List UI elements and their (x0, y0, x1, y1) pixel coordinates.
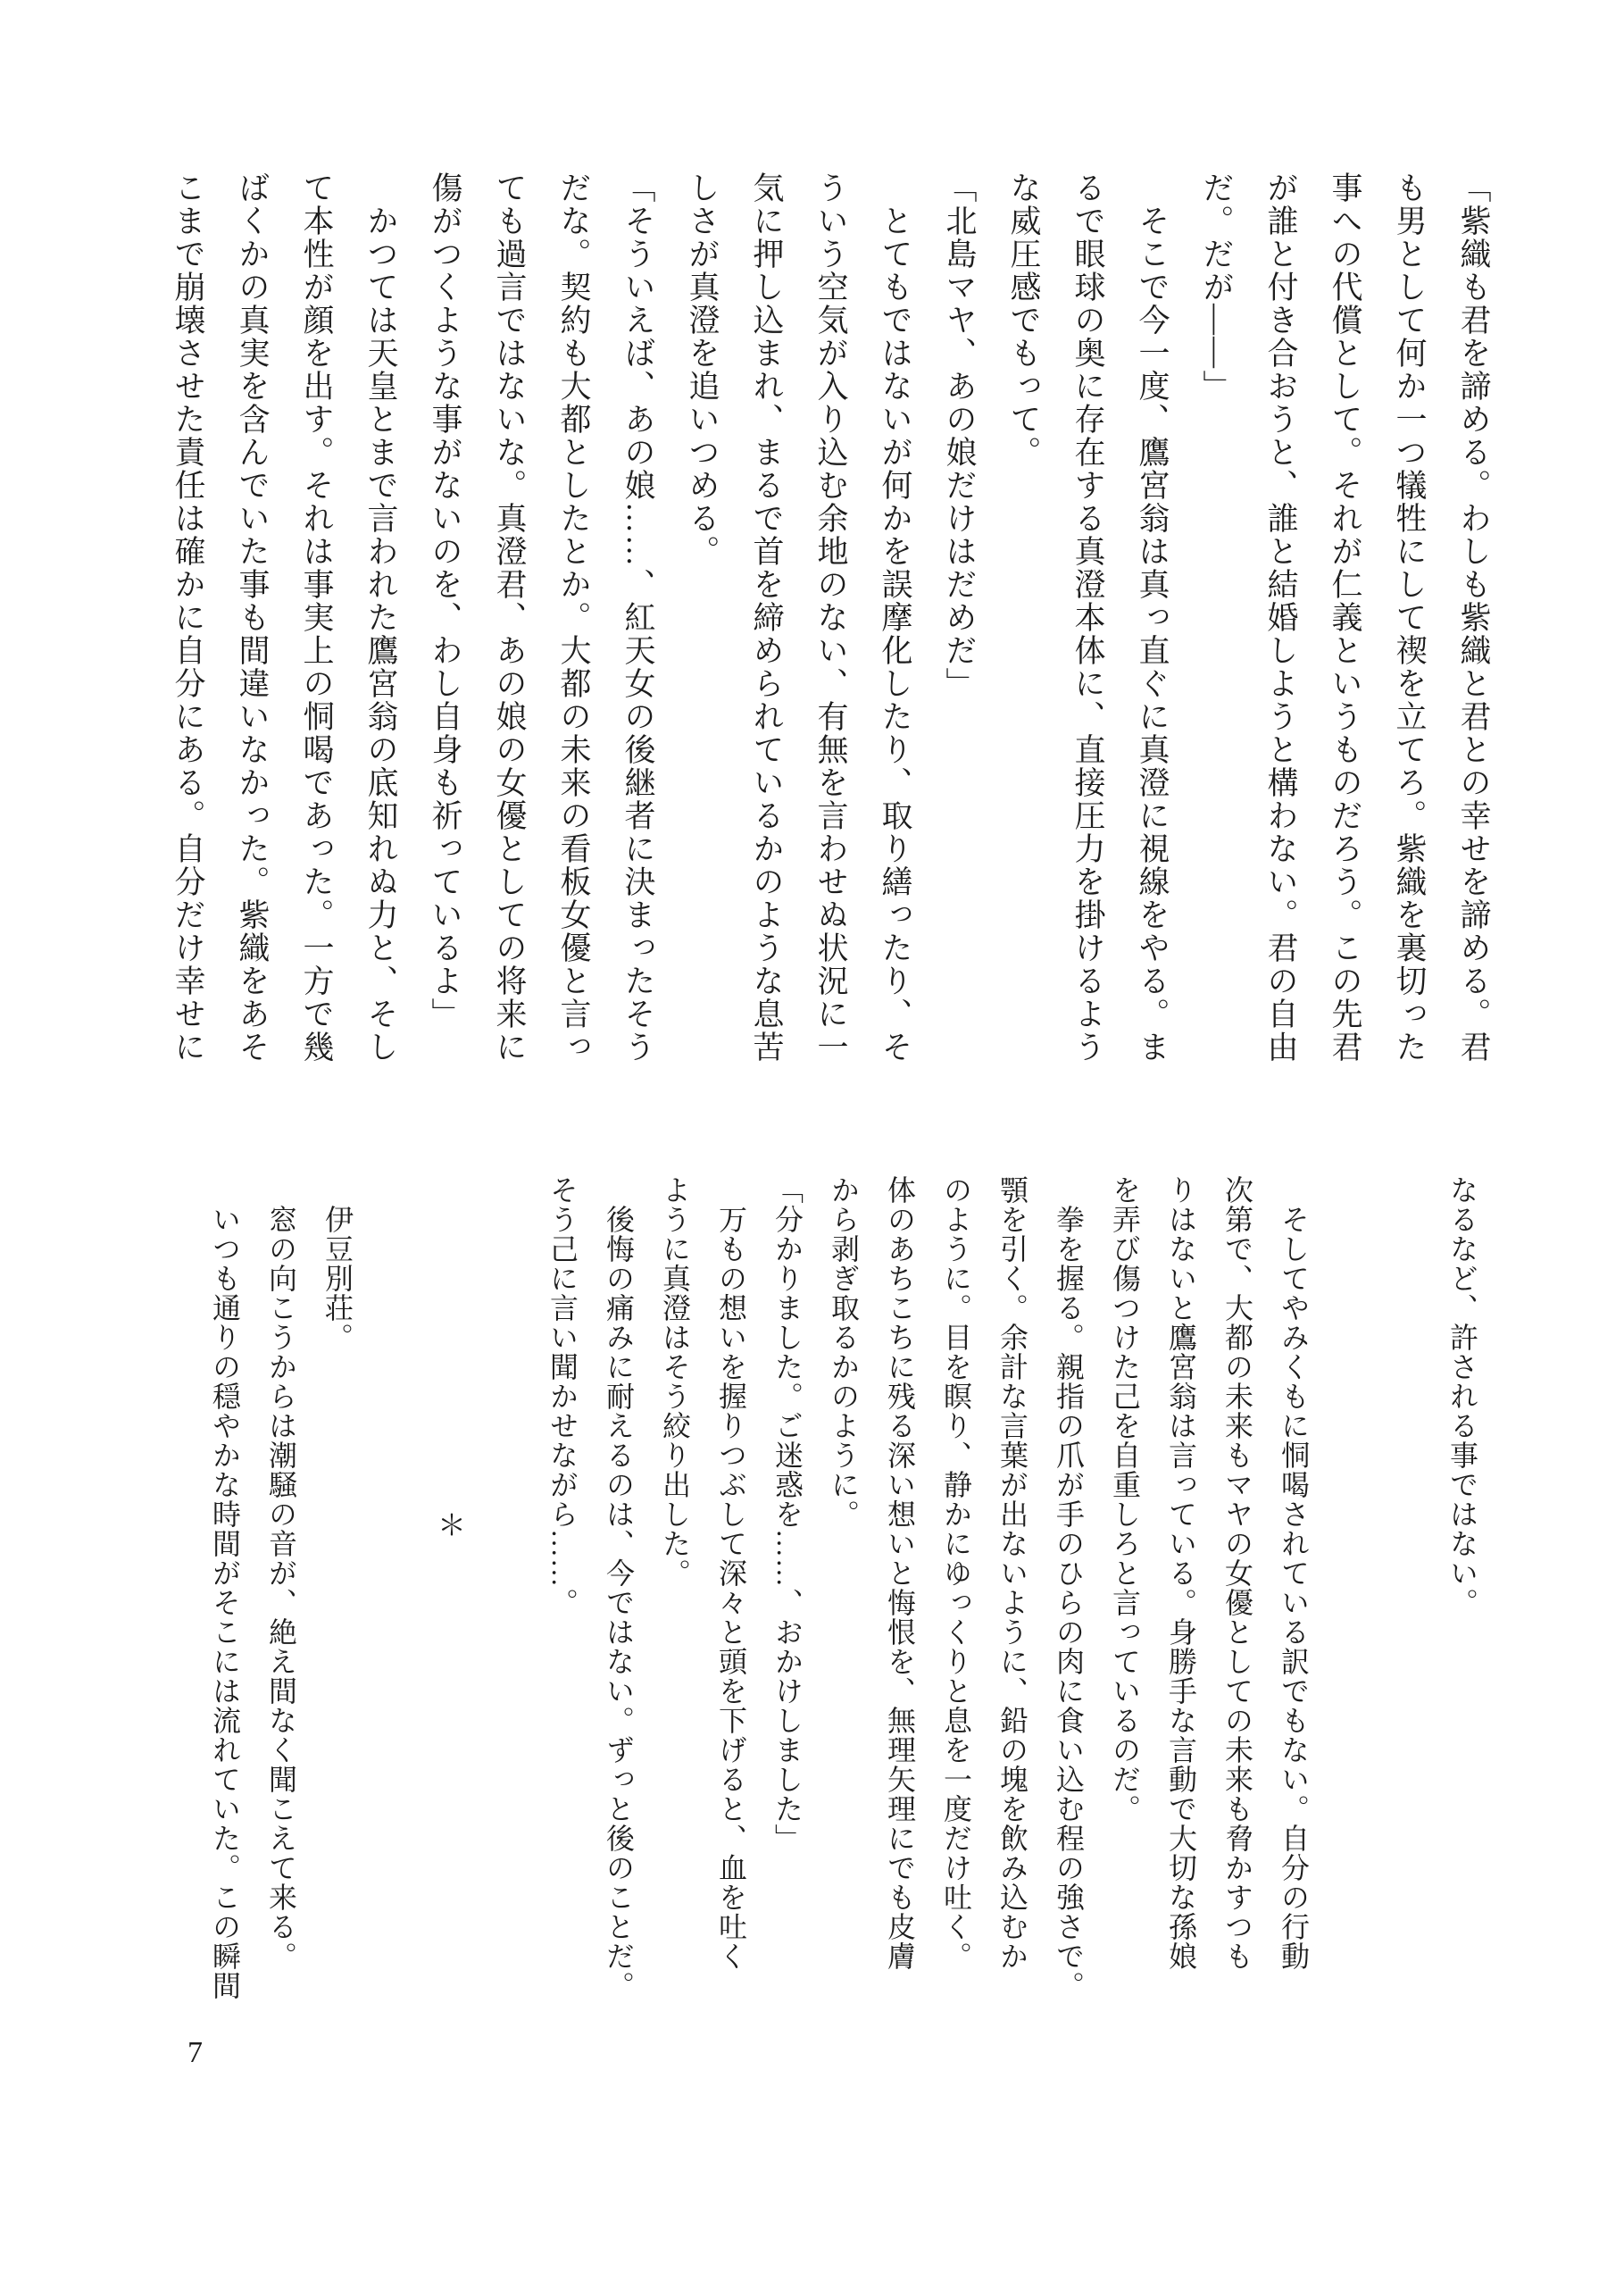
text-block-bottom-column-10: のように。目を瞑り、静かにゆっくりと息を一度だけ吐く。 (928, 1175, 984, 2010)
text-block-bottom-column-12: から剥ぎ取るかのように。 (815, 1175, 871, 2010)
text-block-top-column-11: ういう空気が入り込む余地のない、有無を言わせぬ状況に一 (798, 171, 862, 1073)
text-block-bottom-column-6: りはないと鷹宮翁は言っている。身勝手な言動で大切な孫娘 (1153, 1175, 1209, 2010)
text-block-top-column-7: るで眼球の奥に存在する真澄本体に、直接圧力を掛けるよう (1055, 171, 1120, 1073)
text-block-top-column-16: ても過言ではないな。真澄君、あの娘の女優としての将来に (477, 171, 541, 1073)
text-block-bottom-column-11: 体のあちこちに残る深い想いと悔恨を、無理矢理にでも皮膚 (871, 1175, 928, 2010)
text-block-top-column-14: 「そういえば、あの娘……、紅天女の後継者に決まったそう (605, 171, 670, 1073)
text-block-bottom-column-7: を弄び傷つけた己を自重しろと言っているのだ。 (1096, 1175, 1153, 2010)
blank-column (478, 1175, 534, 2010)
text-block-bottom: なるなど、許される事ではない。 そしてやみくもに恫喝されている訳でもない。自分の… (196, 1175, 1490, 2010)
section-break-star: ＊ (421, 1175, 478, 2010)
blank-column (1321, 1175, 1378, 2010)
novel-page: 「紫織も君を諦める。わしも紫織と君との幸せを諦める。君も男として何か一つ犠牲にし… (0, 0, 1624, 2279)
text-block-top-column-1: 「紫織も君を諦める。わしも紫織と君との幸せを諦める。君 (1441, 171, 1505, 1073)
text-block-bottom-column-8: 拳を握る。親指の爪が手のひらの肉に食い込む程の強さで。 (1040, 1175, 1096, 2010)
text-block-top-column-20: ばくかの真実を含んでいた事も間違いなかった。紫織をあそ (220, 171, 284, 1073)
text-block-top-column-9: 「北島マヤ、あの娘だけはだめだ」 (927, 171, 991, 1073)
text-block-top-column-15: だな。契約も大都としたとか。大都の未来の看板女優と言っ (541, 171, 605, 1073)
text-block-top-column-8: な威圧感でもって。 (991, 171, 1055, 1073)
text-block-top: 「紫織も君を諦める。わしも紫織と君との幸せを諦める。君も男として何か一つ犠牲にし… (155, 171, 1505, 1073)
text-block-bottom-column-21: 伊豆別荘。 (309, 1175, 365, 2010)
blank-column (1378, 1175, 1434, 2010)
text-block-bottom-column-22: 窓の向こうからは潮騒の音が、絶え間なく聞こえて来る。 (253, 1175, 309, 2010)
text-block-bottom-column-14: 万もの想いを握りつぶして深々と頭を下げると、血を吐く (703, 1175, 759, 2010)
page-number: 7 (187, 2036, 203, 2070)
text-block-top-column-18: かつては天皇とまで言われた鷹宮翁の底知れぬ力と、そし (348, 171, 412, 1073)
text-block-top-column-3: 事への代償として。それが仁義というものだろう。この先君 (1312, 171, 1377, 1073)
text-block-bottom-column-4: そしてやみくもに恫喝されている訳でもない。自分の行動 (1265, 1175, 1321, 2010)
text-block-bottom-column-13: 「分かりました。ご迷惑を……、おかけしました」 (759, 1175, 815, 2010)
text-block-bottom-column-1: なるなど、許される事ではない。 (1434, 1175, 1490, 2010)
text-block-bottom-column-16: 後悔の痛みに耐えるのは、今ではない。ずっと後のことだ。 (590, 1175, 646, 2010)
text-block-bottom-column-9: 顎を引く。余計な言葉が出ないように、鉛の塊を飲み込むか (984, 1175, 1040, 2010)
text-block-top-column-6: そこで今一度、鷹宮翁は真っ直ぐに真澄に視線をやる。ま (1120, 171, 1184, 1073)
text-block-top-column-4: が誰と付き合おうと、誰と結婚しようと構わない。君の自由 (1248, 171, 1312, 1073)
text-block-top-column-19: て本性が顔を出す。それは事実上の恫喝であった。一方で幾 (284, 171, 348, 1073)
text-block-top-column-10: とてもではないが何かを誤摩化したり、取り繕ったり、そ (862, 171, 927, 1073)
text-block-bottom-column-15: ように真澄はそう絞り出した。 (646, 1175, 703, 2010)
text-block-top-column-13: しさが真澄を追いつめる。 (670, 171, 734, 1073)
text-block-top-column-5: だ。だが――」 (1184, 171, 1248, 1073)
text-block-top-column-2: も男として何か一つ犠牲にして禊を立てろ。紫織を裏切った (1377, 171, 1441, 1073)
text-block-top-column-12: 気に押し込まれ、まるで首を締められているかのような息苦 (734, 171, 798, 1073)
text-block-bottom-column-17: そう己に言い聞かせながら……。 (534, 1175, 590, 2010)
text-block-bottom-column-5: 次第で、大都の未来もマヤの女優としての未来も脅かすつも (1209, 1175, 1265, 2010)
text-block-bottom-column-23: いつも通りの穏やかな時間がそこには流れていた。この瞬間 (196, 1175, 253, 2010)
blank-column (365, 1175, 421, 2010)
text-block-top-column-17: 傷がつくような事がないのを、わし自身も祈っているよ」 (412, 171, 477, 1073)
text-block-top-column-21: こまで崩壊させた責任は確かに自分にある。自分だけ幸せに (155, 171, 220, 1073)
